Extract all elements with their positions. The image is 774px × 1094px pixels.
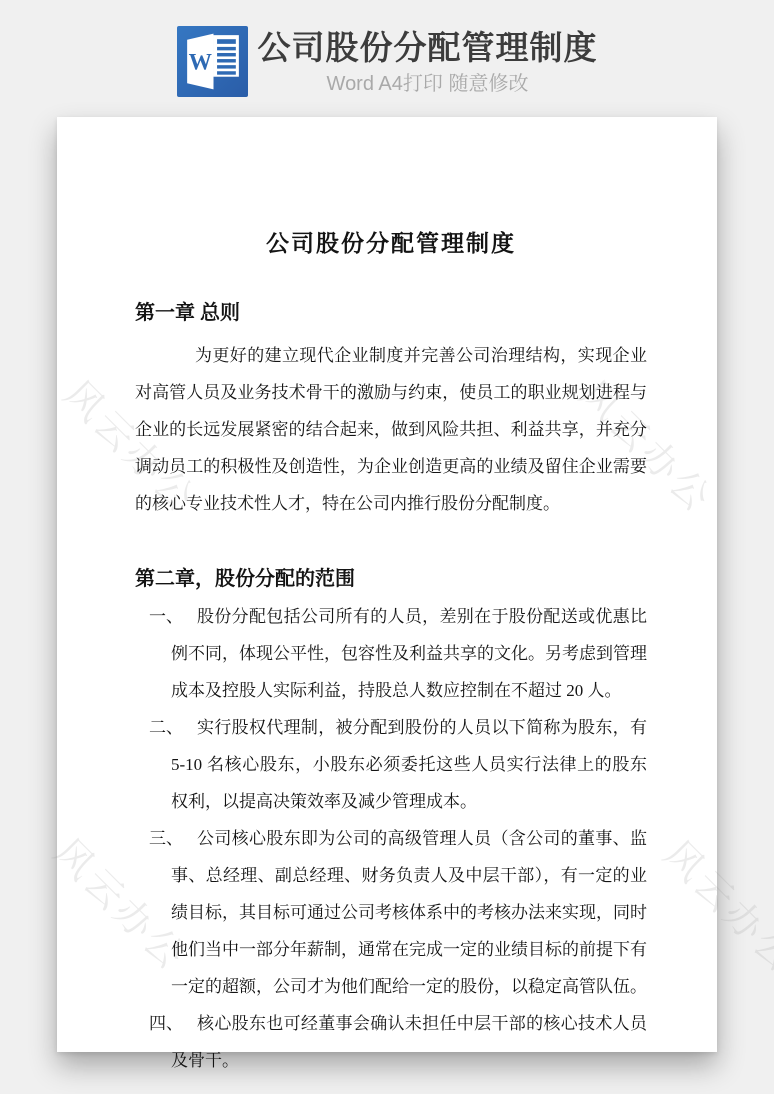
chapter2-heading: 第二章，股份分配的范围 <box>135 566 647 592</box>
clause-marker: 一、 <box>149 598 183 635</box>
chapter2-clause-list: 一、 股份分配包括公司所有的人员，差别在于股份配送或优惠比例不同，体现公平性，包… <box>149 598 647 1079</box>
clause-item-3: 三、 公司核心股东即为公司的高级管理人员（含公司的董事、监事、总经理、副总经理、… <box>149 820 647 1005</box>
clause-text: 股份分配包括公司所有的人员，差别在于股份配送或优惠比例不同，体现公平性，包容性及… <box>171 598 647 709</box>
svg-text:W: W <box>188 50 211 76</box>
clause-marker: 二、 <box>149 709 183 746</box>
clause-item-2: 二、 实行股权代理制，被分配到股份的人员以下简称为股东，有 5-10 名核心股东… <box>149 709 647 820</box>
document-page: 风云办公 风云办公 风云办公 风云办公 公司股份分配管理制度 第一章 总则 为更… <box>57 117 717 1052</box>
template-title: 公司股份分配管理制度 <box>258 26 598 70</box>
clause-marker: 三、 <box>149 820 183 857</box>
clause-item-1: 一、 股份分配包括公司所有的人员，差别在于股份配送或优惠比例不同，体现公平性，包… <box>149 598 647 709</box>
clause-text: 实行股权代理制，被分配到股份的人员以下简称为股东，有 5-10 名核心股东，小股… <box>171 709 647 820</box>
word-icon: W <box>177 26 248 97</box>
clause-text: 公司核心股东即为公司的高级管理人员（含公司的董事、监事、总经理、副总经理、财务负… <box>171 820 647 1005</box>
clause-marker: 四、 <box>149 1005 183 1042</box>
document-body: 公司股份分配管理制度 第一章 总则 为更好的建立现代企业制度并完善公司治理结构，… <box>57 117 717 1079</box>
chapter1-paragraph: 为更好的建立现代企业制度并完善公司治理结构，实现企业对高管人员及业务技术骨干的激… <box>135 337 647 522</box>
document-title: 公司股份分配管理制度 <box>135 225 647 258</box>
clause-text: 核心股东也可经董事会确认未担任中层干部的核心技术人员及骨干。 <box>171 1005 647 1079</box>
chapter1-heading: 第一章 总则 <box>135 300 647 326</box>
template-header: W 公司股份分配管理制度 Word A4打印 随意修改 <box>0 0 774 97</box>
clause-item-4: 四、 核心股东也可经董事会确认未担任中层干部的核心技术人员及骨干。 <box>149 1005 647 1079</box>
template-subtitle: Word A4打印 随意修改 <box>327 71 529 97</box>
